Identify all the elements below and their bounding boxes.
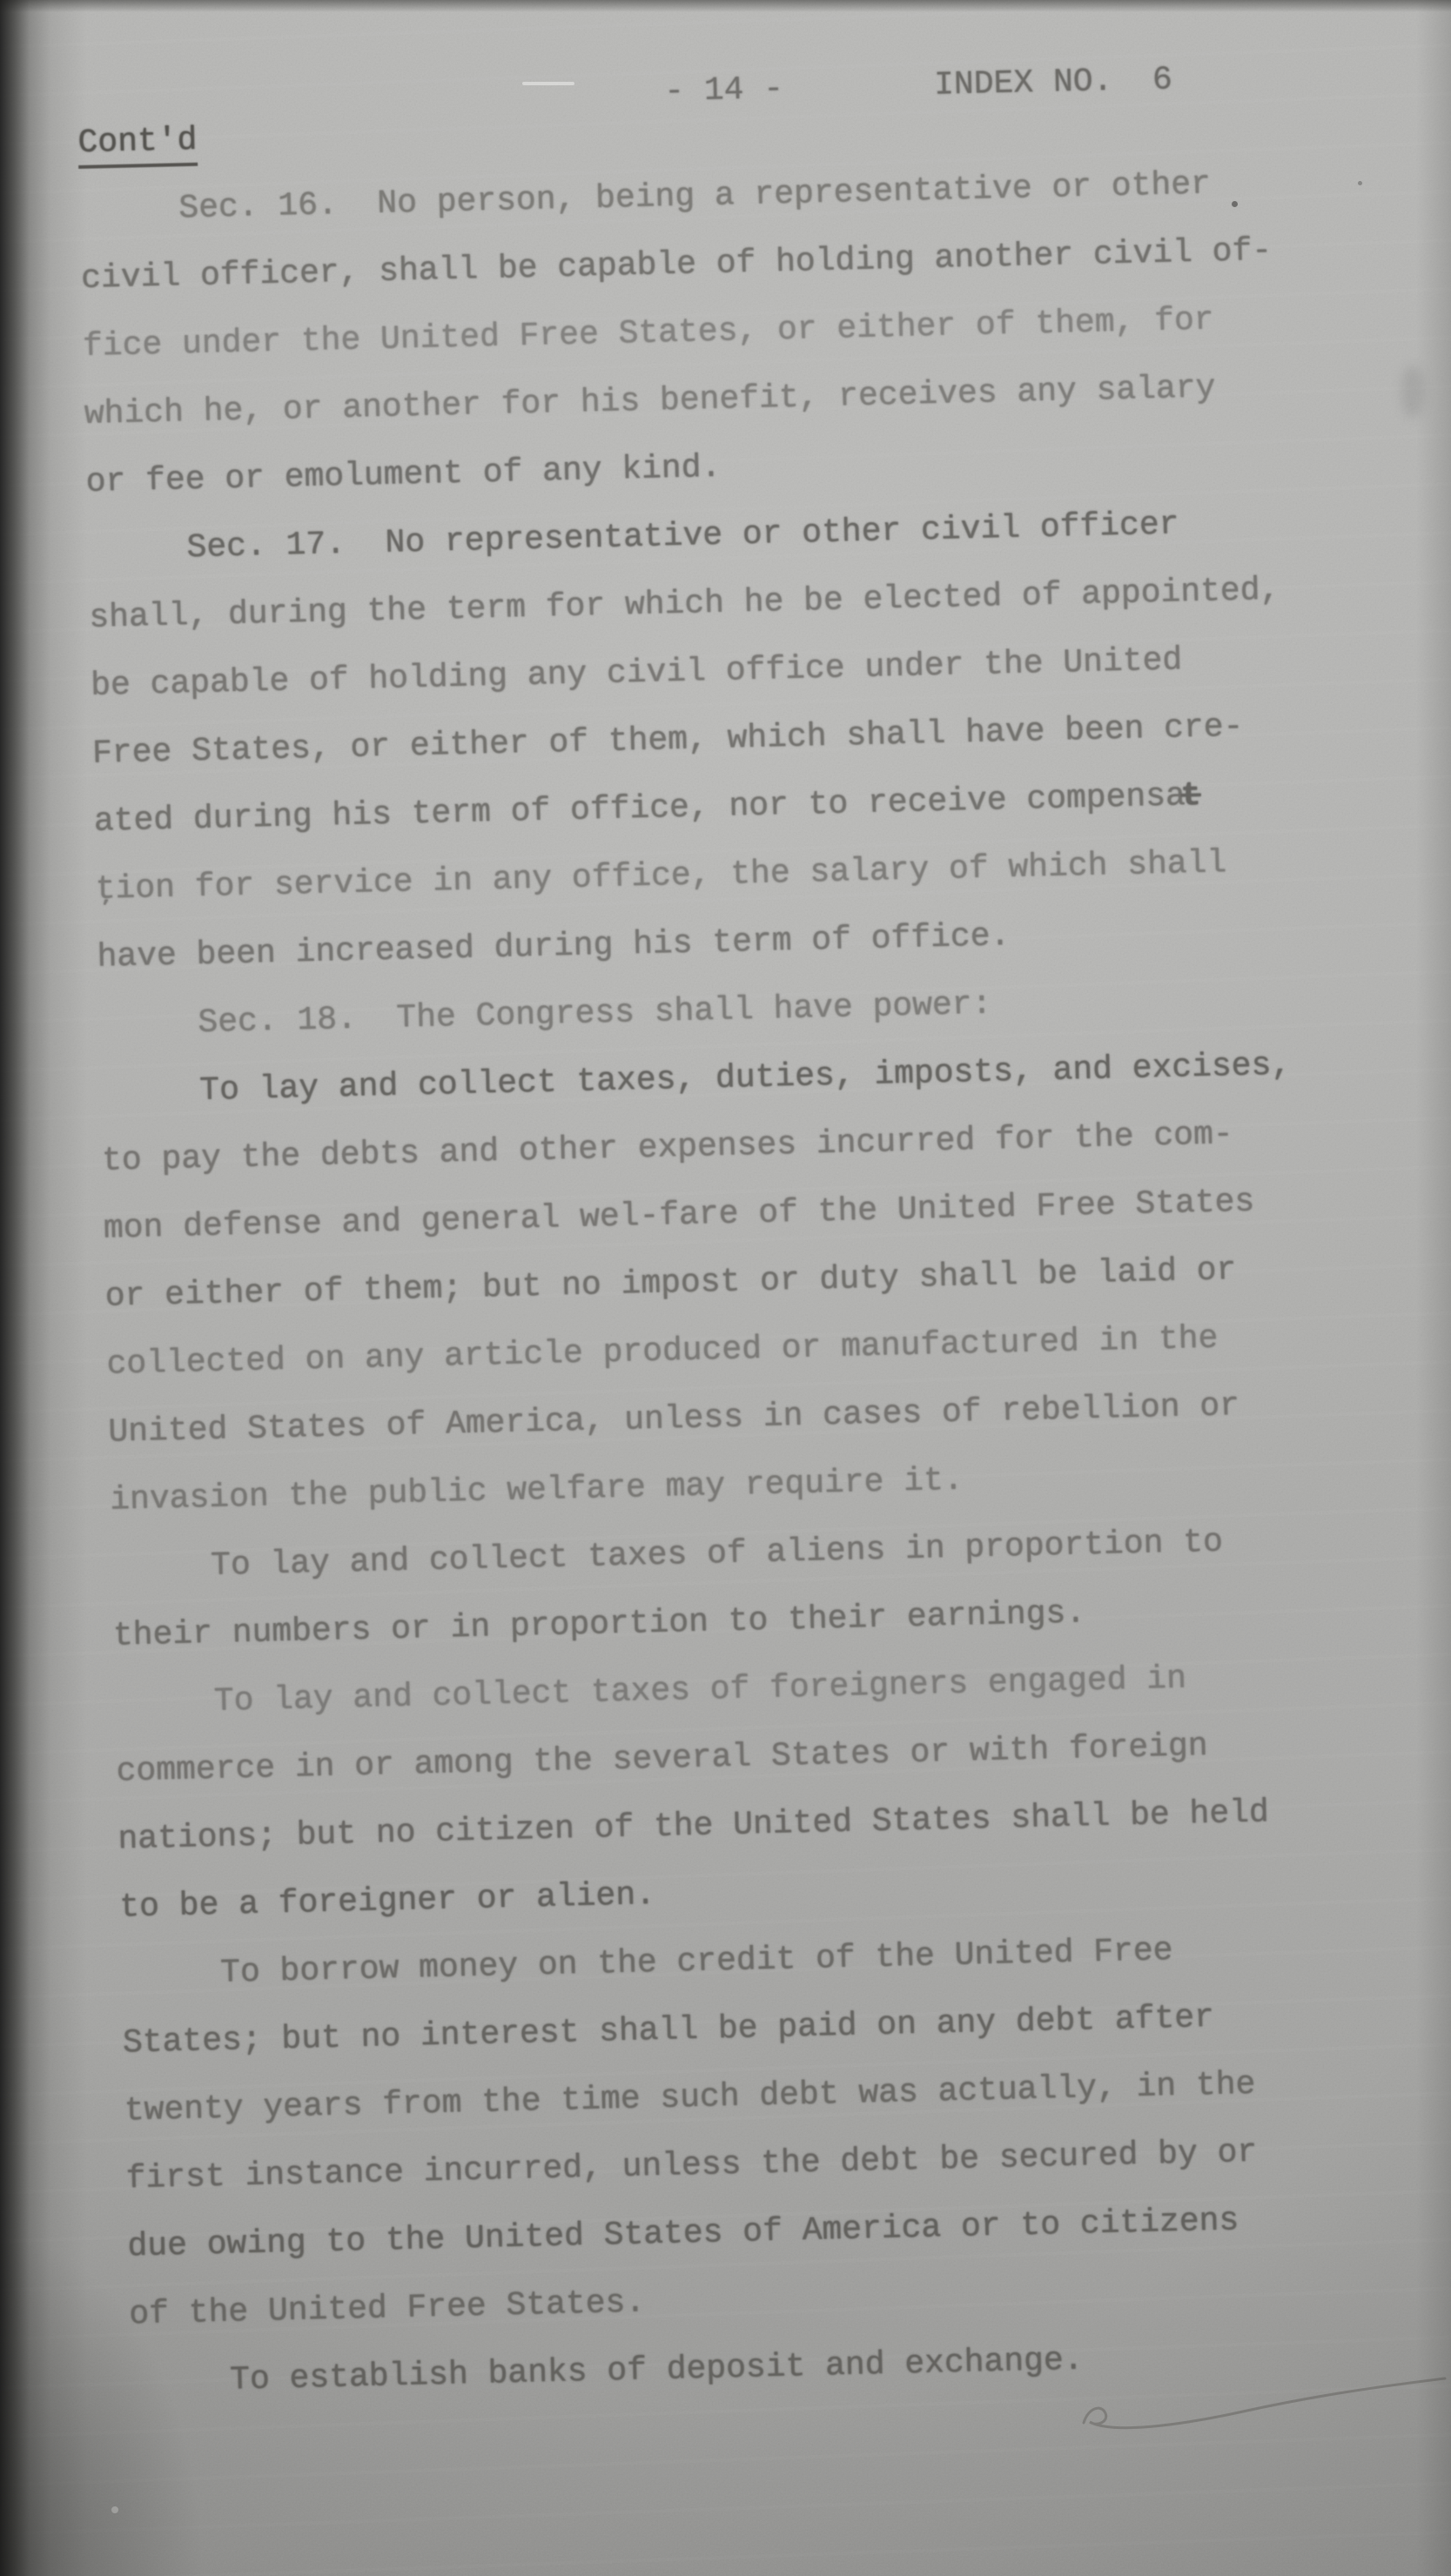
scanned-document-page: { "page": { "number_label": "- 14 -", "i… [0, 0, 1451, 2576]
vignette [0, 0, 1451, 2576]
